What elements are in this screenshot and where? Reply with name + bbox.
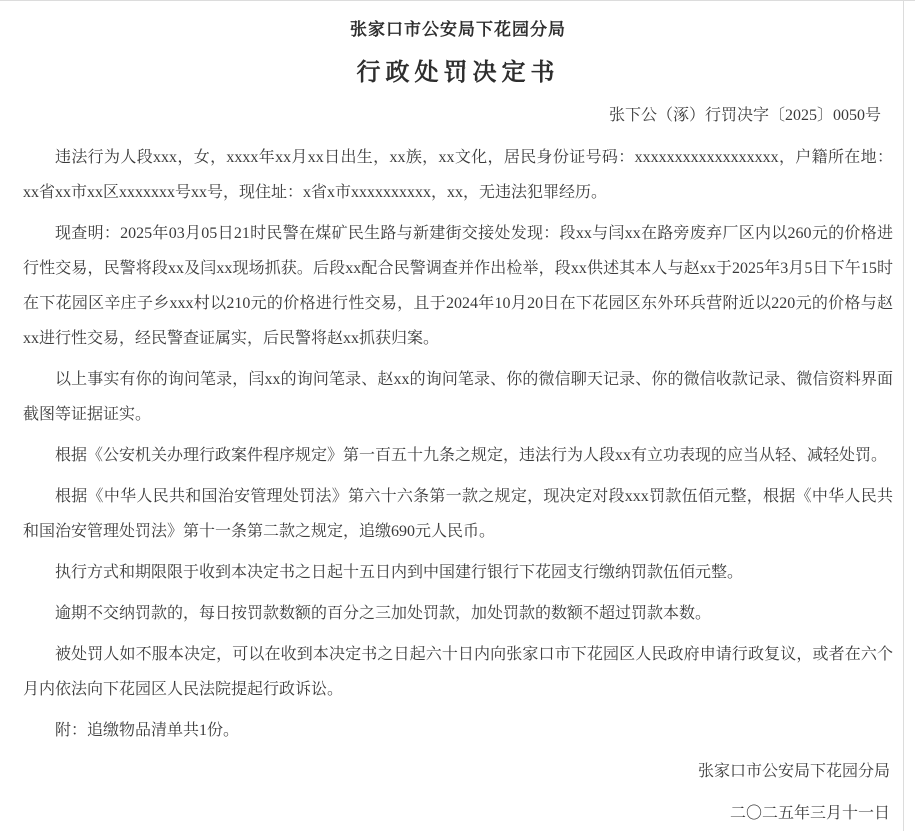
paragraph-evidence: 以上事实有你的询问笔录，闫xx的询问笔录、赵xx的询问笔录、你的微信聊天记录、你… xyxy=(23,362,893,432)
document-page: 张家口市公安局下花园分局 行政处罚决定书 张下公（涿）行罚决字〔2025〕005… xyxy=(0,0,915,831)
signature-date: 二〇二五年三月十一日 xyxy=(23,796,890,831)
paragraph-appeal-rights: 被处罚人如不服本决定，可以在收到本决定书之日起六十日内向张家口市下花园区人民政府… xyxy=(23,637,893,707)
signature-block: 张家口市公安局下花园分局 二〇二五年三月十一日 xyxy=(23,754,890,831)
paragraph-legal-basis-leniency: 根据《公安机关办理行政案件程序规定》第一百五十九条之规定，违法行为人段xx有立功… xyxy=(23,438,893,473)
paragraph-penalty-decision: 根据《中华人民共和国治安管理处罚法》第六十六条第一款之规定，现决定对段xxx罚款… xyxy=(23,479,893,549)
issuing-authority-header: 张家口市公安局下花园分局 xyxy=(23,17,893,43)
paragraph-findings: 现查明：2025年03月05日21时民警在煤矿民生路与新建街交接处发现：段xx与… xyxy=(23,216,893,356)
paragraph-attachment: 附：追缴物品清单共1份。 xyxy=(23,713,893,748)
document-body: 违法行为人段xxx，女，xxxx年xx月xx日出生，xx族，xx文化，居民身份证… xyxy=(23,140,893,748)
document-number: 张下公（涿）行罚决字〔2025〕0050号 xyxy=(23,105,881,127)
paragraph-late-payment: 逾期不交纳罚款的，每日按罚款数额的百分之三加处罚款，加处罚款的数额不超过罚款本数… xyxy=(23,596,893,631)
paragraph-payment-instructions: 执行方式和期限限于收到本决定书之日起十五日内到中国建行银行下花园支行缴纳罚款伍佰… xyxy=(23,555,893,590)
paragraph-offender-info: 违法行为人段xxx，女，xxxx年xx月xx日出生，xx族，xx文化，居民身份证… xyxy=(23,140,893,210)
document-title: 行政处罚决定书 xyxy=(23,55,893,91)
document-content: 张家口市公安局下花园分局 行政处罚决定书 张下公（涿）行罚决字〔2025〕005… xyxy=(0,1,904,831)
signature-authority: 张家口市公安局下花园分局 xyxy=(23,754,890,789)
